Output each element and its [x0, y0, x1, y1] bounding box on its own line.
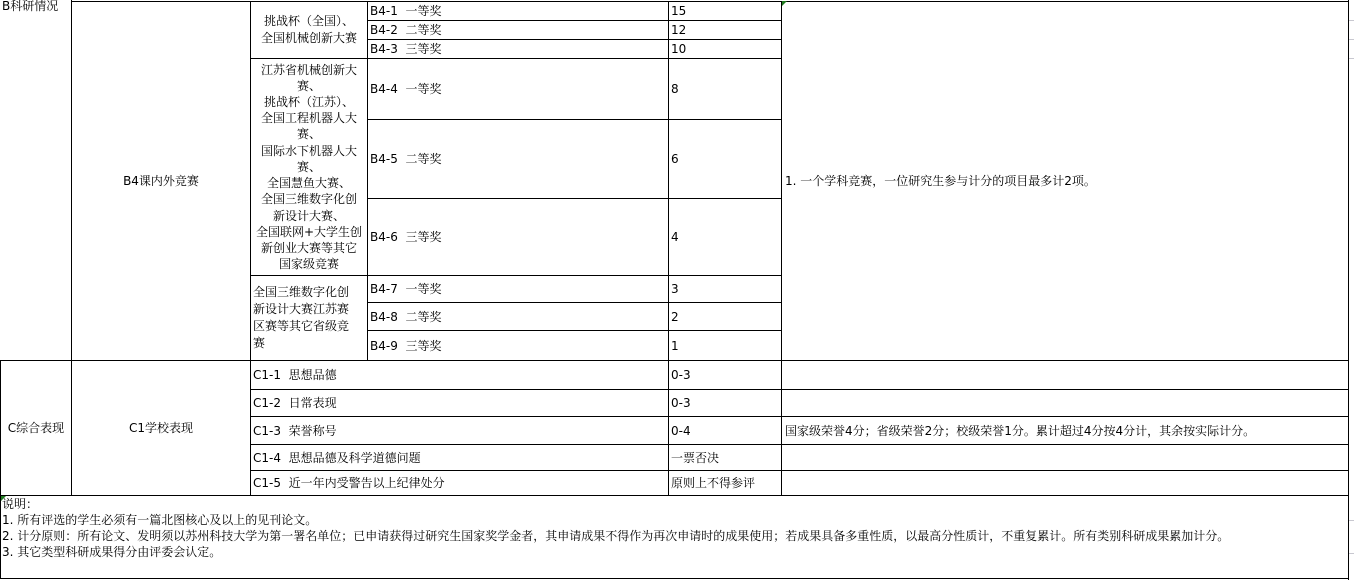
competition-line: 挑战杯（江苏）、 — [256, 94, 362, 110]
competition-label: 全国三维数字化创新设计大赛江苏赛区赛等其它省级竞赛 — [253, 284, 349, 352]
score-cell[interactable]: 0-4 — [669, 417, 781, 444]
remark-cell[interactable]: 1. 一个学科竞赛，一位研究生参与计分的项目最多计2项。 — [782, 2, 1348, 360]
score-value: 0-3 — [671, 367, 691, 383]
competition-cell[interactable]: 江苏省机械创新大赛、挑战杯（江苏）、全国工程机器人大赛、国际水下机器人大赛、全国… — [251, 59, 367, 275]
competition-line: 新创业大赛等其它 — [256, 240, 362, 256]
score-cell[interactable]: 一票否决 — [669, 445, 781, 470]
competition-line: 全国三维数字化创 — [253, 284, 349, 301]
competition-cell[interactable]: 挑战杯（全国）、全国机械创新大赛 — [251, 2, 367, 58]
score-value: 3 — [671, 281, 679, 297]
score-value: 6 — [671, 151, 679, 167]
award-item-cell[interactable]: B4-2 二等奖 — [368, 21, 668, 39]
award-item-label: B4-1 一等奖 — [370, 3, 441, 19]
score-value: 1 — [671, 338, 679, 354]
competition-line: 全国工程机器人大 — [256, 110, 362, 126]
competition-line: 国际水下机器人大 — [256, 143, 362, 159]
criterion-label: C1-5 近一年内受警告以上纪律处分 — [253, 475, 445, 491]
score-cell[interactable]: 2 — [669, 303, 781, 330]
subcategory-cell[interactable]: C1学校表现 — [72, 361, 250, 495]
category-label: C综合表现 — [8, 420, 64, 436]
score-cell[interactable]: 6 — [669, 120, 781, 198]
competition-line: 区赛等其它省级竞 — [253, 318, 349, 335]
award-item-cell[interactable]: B4-1 一等奖 — [368, 2, 668, 20]
award-item-cell[interactable]: B4-6 三等奖 — [368, 199, 668, 275]
score-value: 15 — [671, 3, 686, 19]
score-value: 10 — [671, 41, 686, 57]
competition-line: 新设计大赛、 — [256, 208, 362, 224]
grid-line — [0, 578, 1349, 579]
competition-label: 挑战杯（全国）、全国机械创新大赛 — [261, 13, 357, 47]
criterion-cell[interactable]: C1-3 荣誉称号 — [251, 417, 668, 444]
criterion-cell[interactable]: C1-4 思想品德及科学道德问题 — [251, 445, 668, 470]
subcategory-label: B4课内外竞赛 — [123, 173, 199, 189]
score-cell[interactable]: 15 — [669, 2, 781, 20]
score-cell[interactable]: 8 — [669, 59, 781, 119]
subcategory-cell[interactable]: B4课内外竞赛 — [72, 2, 250, 360]
competition-line: 新设计大赛江苏赛 — [253, 301, 349, 318]
notes-line: 3. 其它类型科研成果得分由评委会认定。 — [2, 544, 1342, 560]
score-value: 原则上不得参评 — [671, 475, 755, 491]
award-item-label: B4-6 三等奖 — [370, 229, 441, 245]
score-cell[interactable]: 3 — [669, 276, 781, 302]
score-cell[interactable]: 原则上不得参评 — [669, 471, 781, 495]
score-cell[interactable]: 12 — [669, 21, 781, 39]
sheet-gridline — [1349, 553, 1354, 554]
criterion-cell[interactable]: C1-1 思想品德 — [251, 361, 668, 389]
sheet-gridline — [1349, 39, 1354, 40]
sheet-gridline — [1349, 20, 1354, 21]
criterion-label: C1-2 日常表现 — [253, 395, 337, 411]
category-cell[interactable]: C综合表现 — [1, 361, 71, 495]
score-value: 0-3 — [671, 395, 691, 411]
score-value: 12 — [671, 22, 686, 38]
criterion-cell[interactable]: C1-5 近一年内受警告以上纪律处分 — [251, 471, 668, 495]
competition-line: 国家级竞赛 — [256, 256, 362, 272]
subcategory-label: C1学校表现 — [129, 420, 193, 436]
criterion-label: C1-1 思想品德 — [253, 367, 337, 383]
award-item-cell[interactable]: B4-3 三等奖 — [368, 40, 668, 58]
criterion-label: C1-3 荣誉称号 — [253, 423, 337, 439]
score-value: 8 — [671, 81, 679, 97]
competition-line: 赛、 — [256, 78, 362, 94]
score-cell[interactable]: 4 — [669, 199, 781, 275]
sheet-gridline — [1349, 58, 1354, 59]
notes-cell[interactable]: 说明： 1. 所有评选的学生必须有一篇北图核心及以上的见刊论文。 2. 计分原则… — [2, 496, 1342, 560]
remark-cell[interactable] — [782, 361, 1348, 389]
competition-line: 全国联网+大学生创 — [256, 224, 362, 240]
score-cell[interactable]: 0-3 — [669, 390, 781, 416]
award-item-cell[interactable]: B4-8 二等奖 — [368, 303, 668, 330]
score-cell[interactable]: 10 — [669, 40, 781, 58]
competition-line: 赛、 — [256, 126, 362, 142]
award-item-cell[interactable]: B4-7 一等奖 — [368, 276, 668, 302]
category-cell[interactable]: B科研情况 — [0, 0, 71, 16]
score-cell[interactable]: 0-3 — [669, 361, 781, 389]
competition-line: 全国慧鱼大赛、 — [256, 175, 362, 191]
remark-text: 国家级荣誉4分；省级荣誉2分；校级荣誉1分。累计超过4分按4分计，其余按实际计分… — [785, 423, 1255, 439]
remark-cell[interactable]: 国家级荣誉4分；省级荣誉2分；校级荣誉1分。累计超过4分按4分计，其余按实际计分… — [782, 417, 1348, 444]
score-value: 一票否决 — [671, 450, 719, 466]
score-value: 0-4 — [671, 423, 691, 439]
competition-cell[interactable]: 全国三维数字化创新设计大赛江苏赛区赛等其它省级竞赛 — [253, 276, 367, 360]
award-item-label: B4-5 二等奖 — [370, 151, 441, 167]
remark-cell[interactable] — [782, 445, 1348, 470]
remark-cell[interactable] — [782, 390, 1348, 416]
award-item-cell[interactable]: B4-4 一等奖 — [368, 59, 668, 119]
award-item-cell[interactable]: B4-5 二等奖 — [368, 120, 668, 198]
award-item-cell[interactable]: B4-9 三等奖 — [368, 331, 668, 360]
notes-line: 2. 计分原则：所有论文、发明须以苏州科技大学为第一署名单位；已申请获得过研究生… — [2, 528, 1342, 544]
notes-line: 1. 所有评选的学生必须有一篇北图核心及以上的见刊论文。 — [2, 512, 1342, 528]
award-item-label: B4-3 三等奖 — [370, 41, 441, 57]
competition-line: 全国三维数字化创 — [256, 191, 362, 207]
competition-line: 赛、 — [256, 159, 362, 175]
competition-line: 赛 — [253, 335, 349, 352]
criterion-label: C1-4 思想品德及科学道德问题 — [253, 450, 421, 466]
score-value: 4 — [671, 229, 679, 245]
remark-cell[interactable] — [782, 471, 1348, 495]
sheet-gridline — [1349, 520, 1354, 521]
grid-line — [1348, 0, 1349, 580]
award-item-label: B4-9 三等奖 — [370, 338, 441, 354]
award-item-label: B4-8 二等奖 — [370, 309, 441, 325]
award-item-label: B4-2 二等奖 — [370, 22, 441, 38]
competition-line: 江苏省机械创新大 — [256, 62, 362, 78]
criterion-cell[interactable]: C1-2 日常表现 — [251, 390, 668, 416]
score-value: 2 — [671, 309, 679, 325]
notes-title: 说明： — [2, 496, 1342, 512]
category-label: B科研情况 — [2, 0, 58, 14]
score-cell[interactable]: 1 — [669, 331, 781, 360]
remark-text: 1. 一个学科竞赛，一位研究生参与计分的项目最多计2项。 — [785, 173, 1096, 189]
competition-label: 江苏省机械创新大赛、挑战杯（江苏）、全国工程机器人大赛、国际水下机器人大赛、全国… — [256, 62, 362, 273]
award-item-label: B4-4 一等奖 — [370, 81, 441, 97]
award-item-label: B4-7 一等奖 — [370, 281, 441, 297]
